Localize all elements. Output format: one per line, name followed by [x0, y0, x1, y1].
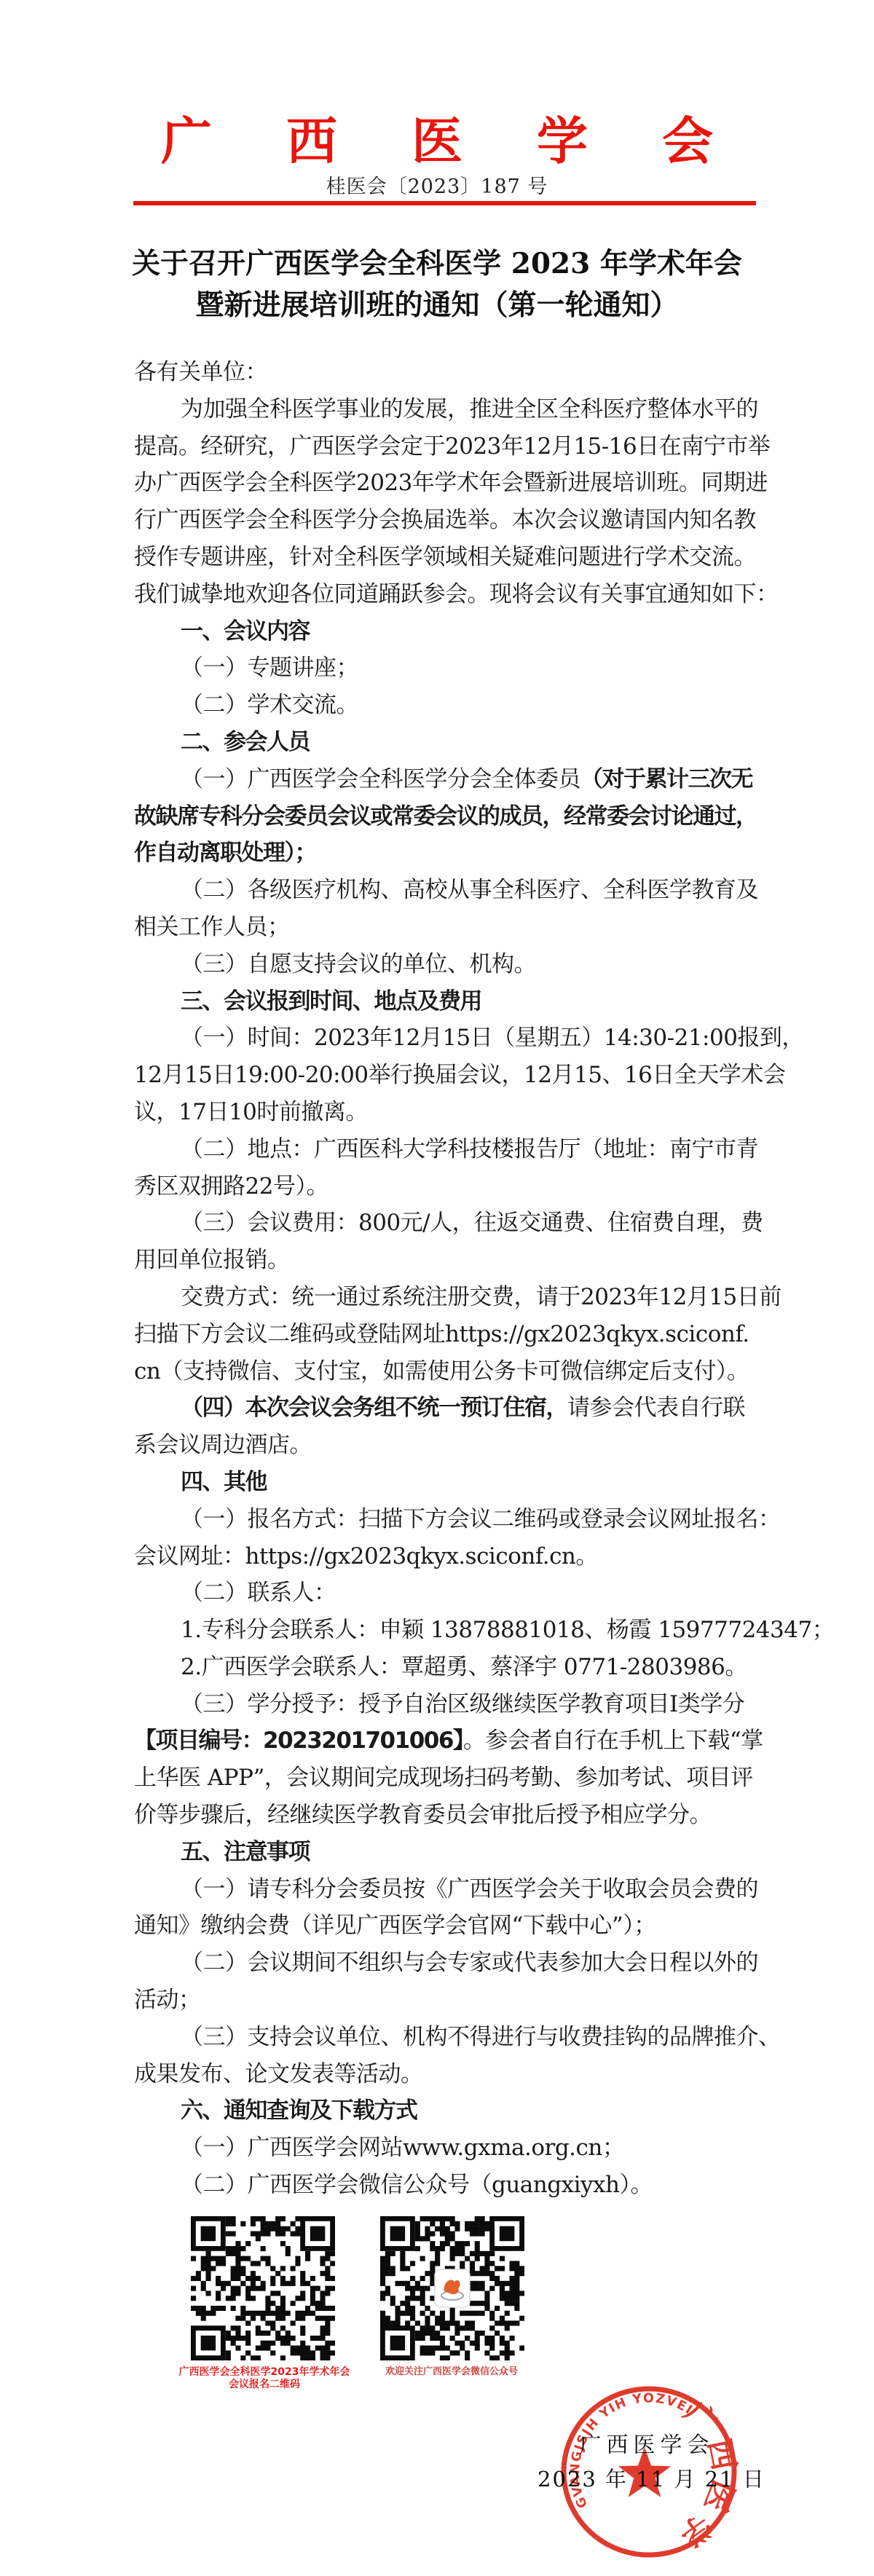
document-page: 广西医学会 桂医会〔2023〕187 号 关于召开广西医学会全科医学 2023 … — [0, 0, 874, 2576]
body-text: 请参会代表自行联 — [567, 1395, 745, 1421]
body-text: 成果发布、论文发表等活动。 — [134, 2061, 423, 2087]
qr-caption-registration: 广西医学会全科医学2023年学术年会 会议报名二维码 — [155, 2366, 374, 2391]
body-text: 交费方式：统一通过系统注册交费，请于2023年12月15日前 — [181, 1284, 782, 1310]
body-text-bold: 二、参会人员 — [181, 729, 310, 755]
qr-code-wechat — [380, 2216, 524, 2360]
body-text: （二）联系人： — [181, 1580, 336, 1606]
body-line: 办广西医学会全科医学2023年学术年会暨新进展培训班。同期进 — [134, 465, 790, 502]
body-line: （二）学术交流。 — [134, 687, 790, 724]
body-line: 三、会议报到时间、地点及费用 — [134, 983, 790, 1020]
body-line: 一、会议内容 — [134, 613, 790, 650]
body-text-bold: 作自动离职处理）； — [134, 840, 316, 866]
body-line: 秀区双拥路22号）。 — [134, 1168, 790, 1205]
body-line: 用回单位报销。 — [134, 1242, 790, 1279]
body-text-bold: 四、其他 — [181, 1469, 267, 1495]
body-line: 2.广西医学会联系人：覃超勇、蔡泽宇 0771-2803986。 — [134, 1649, 790, 1686]
body-text: 价等步骤后，经继续医学教育委员会审批后授予相应学分。 — [134, 1802, 712, 1828]
body-text: （二）广西医学会微信公众号（guangxiyxh）。 — [181, 2172, 653, 2198]
red-divider-rule — [133, 201, 756, 205]
notice-title-line2: 暨新进展培训班的通知（第一轮通知） — [0, 285, 874, 326]
body-text-bold: （四）本次会议会务组不统一预订住宿， — [181, 1395, 567, 1421]
qr-caption-wechat: 欢迎关注广西医学会微信公众号 — [342, 2366, 561, 2378]
body-text: 系会议周边酒店。 — [134, 1432, 312, 1458]
body-line: 活动； — [134, 1982, 790, 2019]
body-text: 。参会者自行在手机上下载“掌 — [463, 1728, 763, 1754]
body-text: （一）专题讲座； — [181, 655, 358, 681]
body-text-bold: 一、会议内容 — [181, 618, 310, 645]
body-text: 我们诚挚地欢迎各位同道踊跃参会。现将会议有关事宜通知如下： — [134, 581, 779, 607]
body-text: 会议网址：https://gx2023qkyx.sciconf.cn。 — [134, 1543, 598, 1569]
body-line: （一）广西医学会网站www.gxma.org.cn； — [134, 2130, 790, 2167]
body-text: 提高。经研究，广西医学会定于2023年12月15-16日在南宁市举 — [134, 433, 770, 460]
doc-number: 桂医会〔2023〕187 号 — [0, 170, 874, 199]
body-line: （三）自愿支持会议的单位、机构。 — [134, 946, 790, 983]
body-text: （一）广西医学会全科医学分会全体委员 — [181, 766, 580, 792]
body-line: 议，17日10时前撤离。 — [134, 1094, 790, 1131]
body-text-bold: （对于累计三次无 — [580, 766, 752, 792]
body-line: 成果发布、论文发表等活动。 — [134, 2056, 790, 2093]
body-text: 12月15日19:00-20:00举行换届会议，12月15、16日全天学术会 — [134, 1062, 785, 1088]
body-text: （三）自愿支持会议的单位、机构。 — [181, 951, 536, 977]
body-text: 秀区双拥路22号）。 — [134, 1173, 328, 1200]
body-line: （一）请专科分会委员按《广西医学会关于收取会员会费的 — [134, 1871, 790, 1908]
body-line: 会议网址：https://gx2023qkyx.sciconf.cn。 — [134, 1538, 790, 1575]
body-text: 扫描下方会议二维码或登陆网址https://gx2023qkyx.sciconf… — [134, 1321, 749, 1347]
body-line: 相关工作人员； — [134, 909, 790, 946]
body-text: （二）各级医疗机构、高校从事全科医疗、全科医学教育及 — [181, 877, 758, 903]
body-line: （四）本次会议会务组不统一预订住宿，请参会代表自行联 — [134, 1390, 790, 1427]
body-line: 1.专科分会联系人：申颖 13878881018、杨霞 15977724347； — [134, 1612, 790, 1649]
org-name-heading: 广西医学会 — [0, 101, 874, 174]
body-line: （二）各级医疗机构、高校从事全科医疗、全科医学教育及 — [134, 872, 790, 909]
qr-caption-registration-line2: 会议报名二维码 — [155, 2379, 374, 2391]
body-line: （二）地点：广西医科大学科技楼报告厅（地址：南宁市青 — [134, 1131, 790, 1168]
body-text: （一）报名方式：扫描下方会议二维码或登录会议网址报名： — [181, 1506, 781, 1532]
body-text: 通知》缴纳会费（详见广西医学会官网“下载中心”）； — [134, 1913, 656, 1939]
body-line: （二）会议期间不组织与会专家或代表参加大会日程以外的 — [134, 1945, 790, 1982]
body-text: 2.广西医学会联系人：覃超勇、蔡泽宇 0771-2803986。 — [181, 1654, 747, 1680]
body-text: cn（支持微信、支付宝，如需使用公务卡可微信绑定后支付）。 — [134, 1358, 749, 1384]
body-text: （二）学术交流。 — [181, 692, 358, 718]
body-line: cn（支持微信、支付宝，如需使用公务卡可微信绑定后支付）。 — [134, 1353, 790, 1390]
body-text: （三）会议费用：800元/人，往返交通费、住宿费自理，费 — [181, 1210, 763, 1236]
body-text: 授作专题讲座，针对全科医学领域相关疑难问题进行学术交流。 — [134, 544, 756, 570]
body-line: 四、其他 — [134, 1464, 790, 1501]
body-line: 各有关单位： — [134, 354, 790, 391]
body-lines: 各有关单位：为加强全科医学事业的发展，推进全区全科医疗整体水平的提高。经研究，广… — [134, 354, 790, 2204]
body-text: 用回单位报销。 — [134, 1247, 290, 1273]
body-text: 行广西医学会全科医学分会换届选举。本次会议邀请国内知名教 — [134, 507, 756, 533]
body-text: 议，17日10时前撤离。 — [134, 1099, 368, 1125]
body-line: 12月15日19:00-20:00举行换届会议，12月15、16日全天学术会 — [134, 1057, 790, 1094]
body-line: （二）联系人： — [134, 1575, 790, 1612]
body-text: 活动； — [134, 1987, 201, 2013]
body-line: （一）广西医学会全科医学分会全体委员（对于累计三次无 — [134, 761, 790, 798]
body-line: 【项目编号：2023201701006】。参会者自行在手机上下载“掌 — [134, 1722, 790, 1760]
body-text: （二）地点：广西医科大学科技楼报告厅（地址：南宁市青 — [181, 1136, 758, 1162]
notice-title: 关于召开广西医学会全科医学 2023 年学术年会 暨新进展培训班的通知（第一轮通… — [0, 243, 874, 326]
body-line: 故缺席专科分会委员会议或常委会议的成员，经常委会讨论通过， — [134, 798, 790, 835]
body-text: （一）时间：2023年12月15日（星期五）14:30-21:00报到， — [181, 1025, 804, 1051]
body-line: 授作专题讲座，针对全科医学领域相关疑难问题进行学术交流。 — [134, 539, 790, 576]
body-line: （三）支持会议单位、机构不得进行与收费挂钩的品牌推介、 — [134, 2019, 790, 2056]
body-line: （三）学分授予：授予自治区级继续医学教育项目Ⅰ类学分 — [134, 1686, 790, 1723]
body-line: 六、通知查询及下载方式 — [134, 2092, 790, 2130]
body-line: 我们诚挚地欢迎各位同道踊跃参会。现将会议有关事宜通知如下： — [134, 576, 790, 613]
body-text: 上华医 APP”，会议期间完成现场扫码考勤、参加考试、项目评 — [134, 1765, 753, 1791]
qr-code-registration — [191, 2216, 335, 2360]
body-text: 1.专科分会联系人：申颖 13878881018、杨霞 15977724347； — [181, 1617, 834, 1643]
body-text-bold: 六、通知查询及下载方式 — [181, 2098, 417, 2124]
body-line: （一）专题讲座； — [134, 650, 790, 687]
body-text-bold: 五、注意事项 — [181, 1839, 310, 1865]
body-line: 系会议周边酒店。 — [134, 1427, 790, 1464]
body-line: （一）报名方式：扫描下方会议二维码或登录会议网址报名： — [134, 1501, 790, 1538]
body-line: 上华医 APP”，会议期间完成现场扫码考勤、参加考试、项目评 — [134, 1760, 790, 1797]
body-text: （一）请专科分会委员按《广西医学会关于收取会员会费的 — [181, 1876, 758, 1902]
body-line: 作自动离职处理）； — [134, 835, 790, 872]
body-line: （二）广西医学会微信公众号（guangxiyxh）。 — [134, 2167, 790, 2204]
body-line: 扫描下方会议二维码或登陆网址https://gx2023qkyx.sciconf… — [134, 1316, 790, 1353]
body-text-bold: 故缺席专科分会委员会议或常委会议的成员，经常委会讨论通过， — [134, 803, 757, 830]
body-text-bold: 【项目编号：2023201701006】 — [134, 1728, 463, 1754]
body-text-bold: 三、会议报到时间、地点及费用 — [181, 988, 481, 1015]
body-line: 行广西医学会全科医学分会换届选举。本次会议邀请国内知名教 — [134, 502, 790, 539]
body-line: 提高。经研究，广西医学会定于2023年12月15-16日在南宁市举 — [134, 428, 790, 465]
body-text: （三）支持会议单位、机构不得进行与收费挂钩的品牌推介、 — [181, 2024, 781, 2050]
body-line: 五、注意事项 — [134, 1834, 790, 1871]
body-text: 为加强全科医学事业的发展，推进全区全科医疗整体水平的 — [181, 396, 758, 422]
body-text: 各有关单位： — [134, 359, 267, 385]
body-line: （一）时间：2023年12月15日（星期五）14:30-21:00报到， — [134, 1020, 790, 1057]
body-text: 办广西医学会全科医学2023年学术年会暨新进展培训班。同期进 — [134, 470, 768, 496]
body-text: （三）学分授予：授予自治区级继续医学教育项目Ⅰ类学分 — [181, 1691, 744, 1717]
qr-caption-registration-line1: 广西医学会全科医学2023年学术年会 — [155, 2366, 374, 2379]
official-seal: GVANGJSIH YIH YOZVEI 广西医学会 — [560, 2383, 741, 2559]
body-line: 交费方式：统一通过系统注册交费，请于2023年12月15日前 — [134, 1279, 790, 1316]
notice-title-line1: 关于召开广西医学会全科医学 2023 年学术年会 — [0, 243, 874, 285]
body-line: 为加强全科医学事业的发展，推进全区全科医疗整体水平的 — [134, 391, 790, 428]
body-text: （一）广西医学会网站www.gxma.org.cn； — [181, 2135, 624, 2161]
body-line: （三）会议费用：800元/人，往返交通费、住宿费自理，费 — [134, 1205, 790, 1242]
body-line: 价等步骤后，经继续医学教育委员会审批后授予相应学分。 — [134, 1797, 790, 1834]
body-line: 通知》缴纳会费（详见广西医学会官网“下载中心”）； — [134, 1907, 790, 1945]
body-text: （二）会议期间不组织与会专家或代表参加大会日程以外的 — [181, 1950, 758, 1976]
body-line: 二、参会人员 — [134, 724, 790, 761]
seal-star-icon — [618, 2447, 671, 2497]
body-text: 相关工作人员； — [134, 914, 290, 940]
